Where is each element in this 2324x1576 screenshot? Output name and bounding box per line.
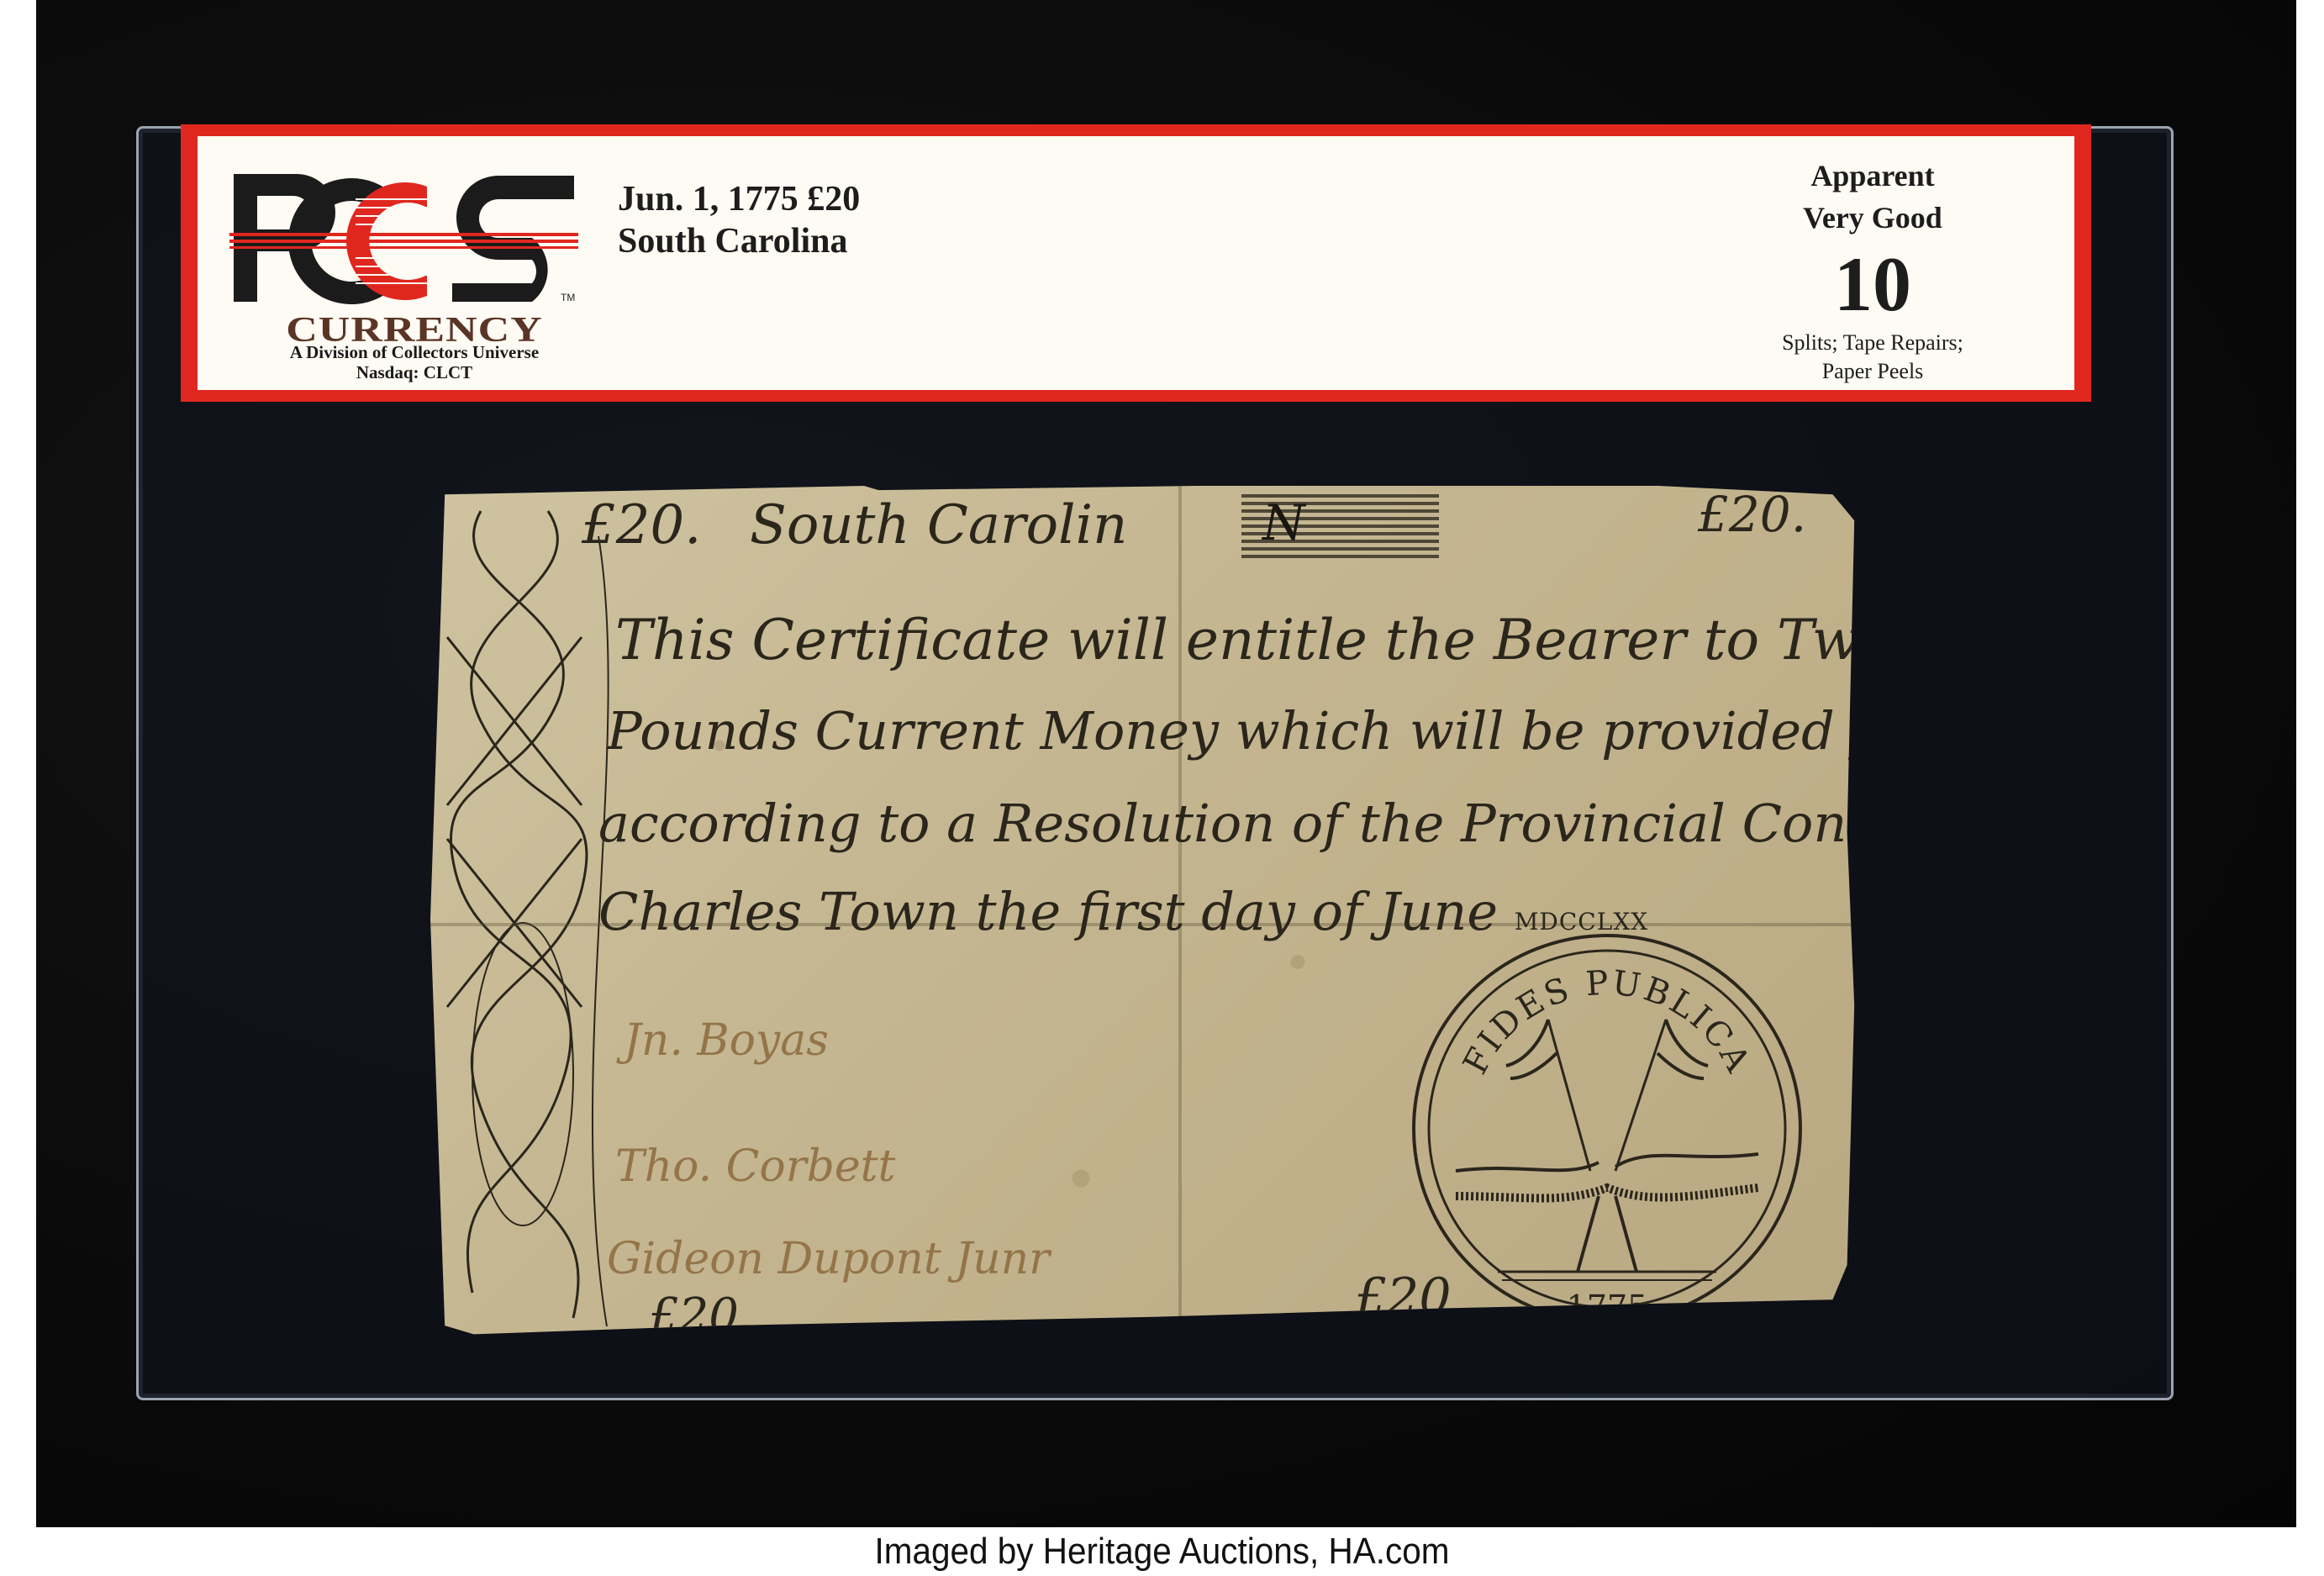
grading-label: TM CURRENCY A Division of Collectors Uni… bbox=[181, 124, 2091, 402]
fides-publica-seal: FIDES PUBLICA 1775 bbox=[1397, 919, 1817, 1339]
note-description: Jun. 1, 1775 £20 South Carolina bbox=[618, 178, 860, 262]
image-credit: Imaged by Heritage Auctions, HA.com bbox=[93, 1527, 2232, 1576]
seal-motto: FIDES PUBLICA bbox=[1456, 963, 1758, 1080]
serial-label: N bbox=[1262, 494, 1305, 551]
grade-prefix-2: Very Good bbox=[1747, 197, 1999, 239]
description-date-denomination: Jun. 1, 1775 £20 bbox=[618, 178, 860, 220]
calligraphic-flourish-icon bbox=[430, 486, 615, 1352]
grade-box: Apparent Very Good 10 Splits; Tape Repai… bbox=[1747, 155, 1999, 383]
trademark-mark: TM bbox=[561, 292, 575, 303]
signature-3: Gideon Dupont Junr bbox=[607, 1234, 1050, 1284]
division-text: A Division of Collectors Universe Nasdaq… bbox=[229, 342, 599, 382]
signature-1: Jn. Boyas bbox=[624, 1015, 829, 1066]
grade-number: 10 bbox=[1747, 242, 1999, 326]
label-inner: TM CURRENCY A Division of Collectors Uni… bbox=[198, 136, 2074, 390]
denomination-top-right: £20. bbox=[1698, 486, 1806, 543]
description-state: South Carolina bbox=[618, 220, 860, 262]
denomination-top-left: £20. bbox=[582, 494, 702, 556]
pcgs-logo: TM CURRENCY A Division of Collectors Uni… bbox=[229, 157, 582, 376]
grade-notes-2: Paper Peels bbox=[1747, 360, 1999, 383]
division-line-2: Nasdaq: CLCT bbox=[229, 362, 599, 382]
svg-text:FIDES PUBLICA: FIDES PUBLICA bbox=[1456, 963, 1758, 1080]
note-text-line-2: Pounds Current Money which will be provi… bbox=[607, 700, 1876, 762]
note-text-line-4-main: Charles Town the first day of June bbox=[598, 881, 1498, 942]
division-line-1: A Division of Collectors Universe bbox=[229, 342, 599, 362]
state-header: South Carolin bbox=[750, 494, 1127, 556]
signature-2: Tho. Corbett bbox=[615, 1141, 895, 1192]
note-text-line-3: according to a Resolution of the Provinc… bbox=[598, 793, 1876, 854]
grade-prefix-1: Apparent bbox=[1747, 155, 1999, 197]
note-text-line-1: This Certificate will entitle the Bearer… bbox=[615, 608, 1876, 672]
grade-notes-1: Splits; Tape Repairs; bbox=[1747, 331, 1999, 355]
pcgs-logo-icon bbox=[229, 157, 582, 308]
banknote: £20. South Carolin N £20. This Certifica… bbox=[430, 486, 1876, 1352]
